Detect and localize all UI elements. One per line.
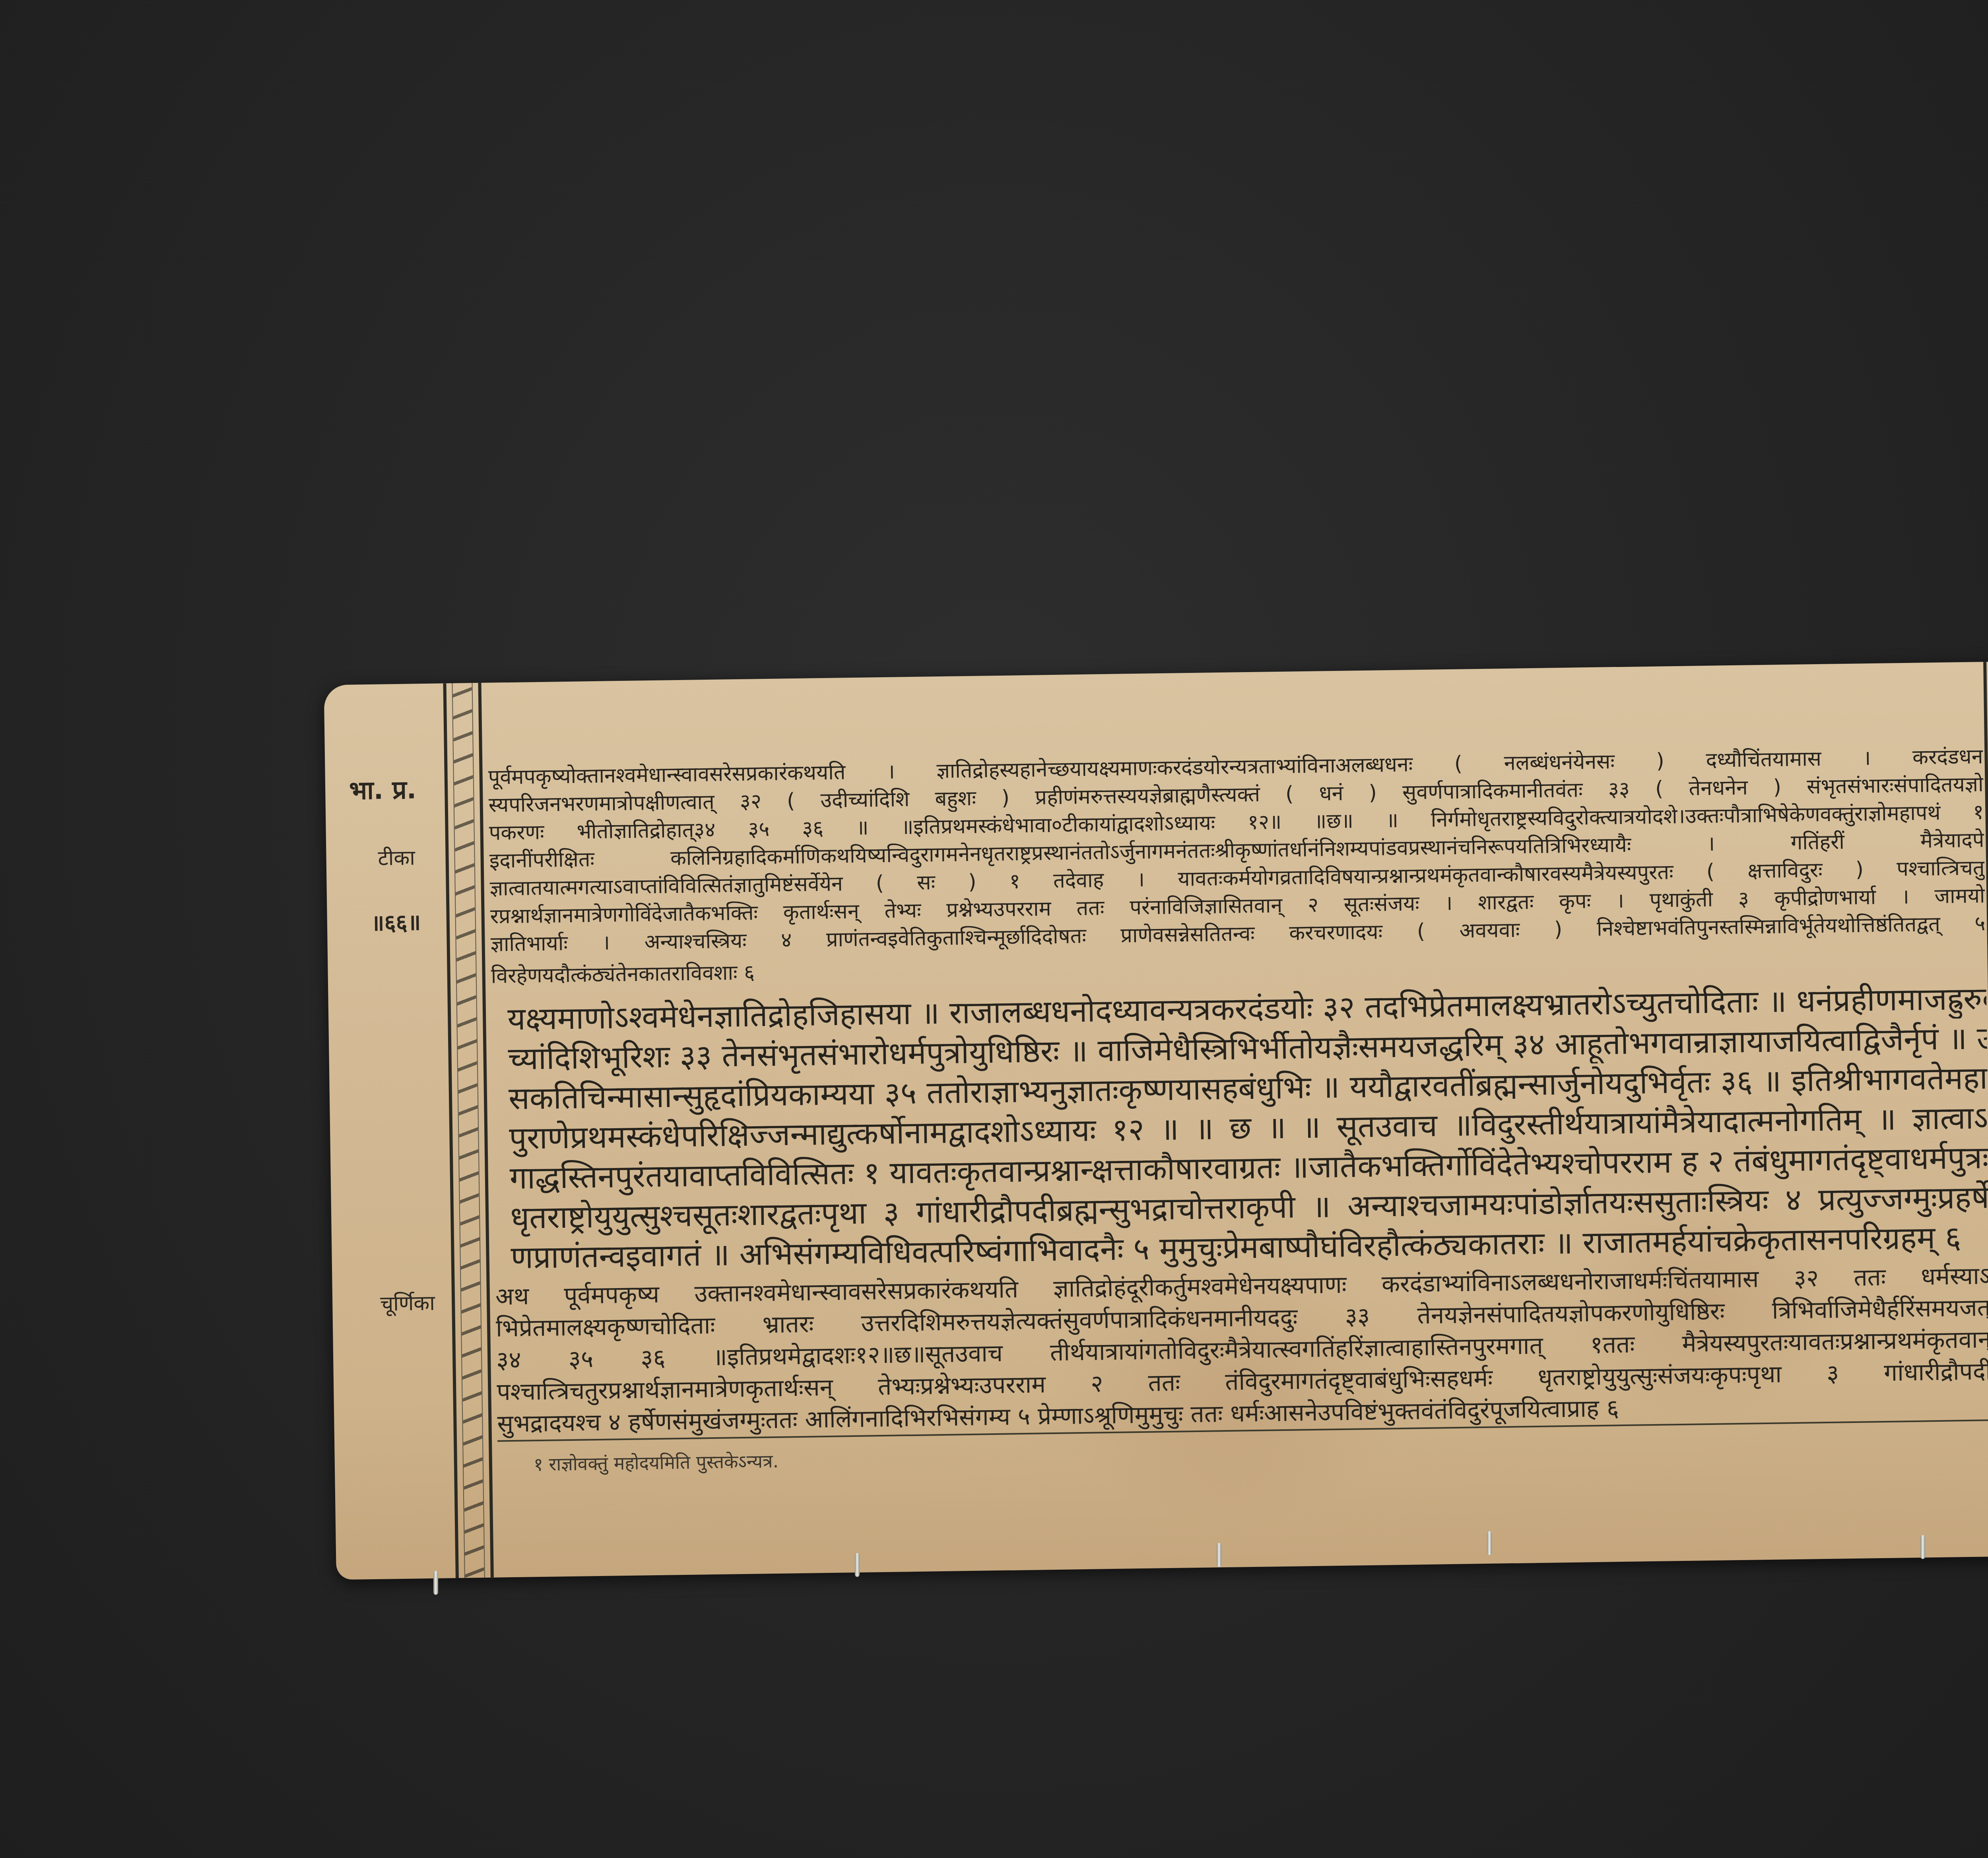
mounting-pin (855, 1553, 860, 1577)
mounting-pin (1217, 1543, 1221, 1567)
text-block: पूर्वमपकृष्योक्तानश्वमेधान्स्वावसरेसप्रक… (487, 662, 1988, 1577)
manuscript-page: भा. प्र. टीका ॥६६॥ चूर्णिका पूर्वमपकृष्य… (324, 659, 1988, 1580)
footnote: १ राज्ञोवक्तुं महोदयमिति पुस्तकेऽन्यत्र. (533, 1448, 779, 1477)
tika-section-label: टीका (378, 843, 415, 871)
mounting-pin (1487, 1531, 1492, 1555)
book-abbrev-label: भा. प्र. (349, 771, 417, 807)
mounting-pin (1920, 1535, 1925, 1559)
churnika-section-label: चूर्णिका (380, 1288, 435, 1317)
mounting-pin (433, 1571, 438, 1595)
page-number-left: ॥६६॥ (371, 906, 421, 937)
left-margin: भा. प्र. टीका ॥६६॥ चूर्णिका (324, 683, 456, 1580)
